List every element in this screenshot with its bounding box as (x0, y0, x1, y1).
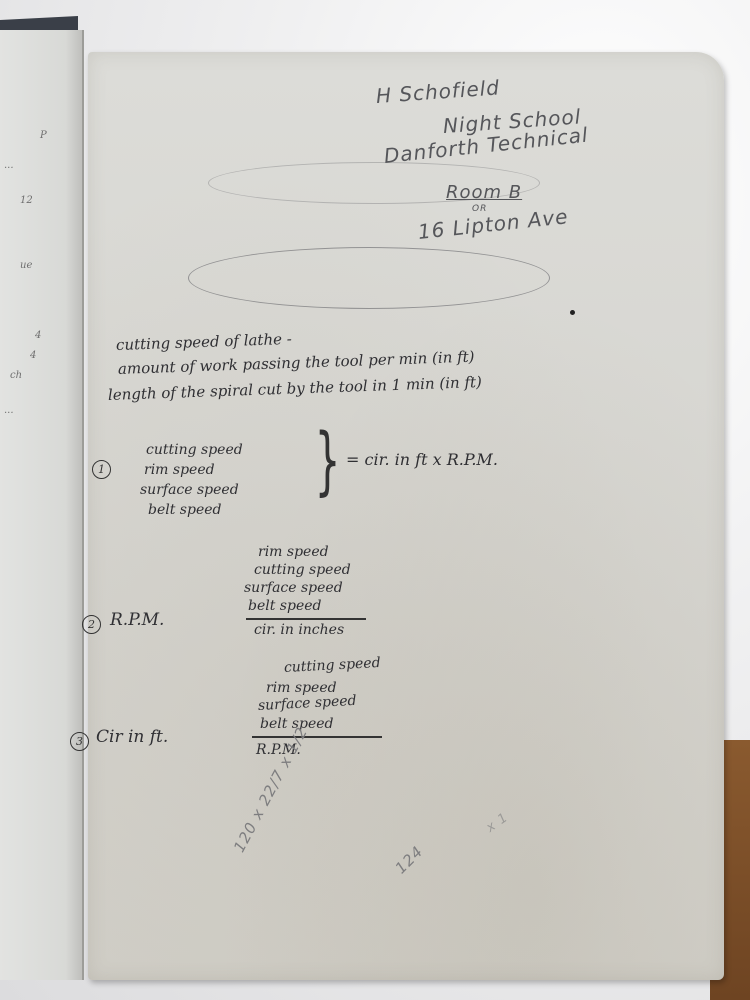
formula-1-term: cutting speed (146, 442, 243, 458)
definition-line-2: amount of work passing the tool per min … (118, 348, 475, 378)
formula-2-numerator: surface speed (244, 580, 343, 596)
formula-2-numerator: rim speed (258, 544, 329, 560)
room-label: Room B (446, 182, 522, 203)
left-fragment: 4 (30, 350, 36, 361)
left-fragment: 12 (20, 195, 33, 206)
definition-line-1: cutting speed of lathe - (116, 330, 292, 354)
left-fragment: P (40, 130, 47, 141)
pencil-calculation: x 1 (484, 810, 512, 836)
address: 16 Lipton Ave (417, 204, 570, 244)
left-fragment: ... (4, 160, 14, 171)
formula-1-term: rim speed (144, 462, 215, 478)
fraction-line (252, 736, 382, 738)
owner-name: H Schofield (375, 75, 501, 108)
formula-1-result: = cir. in ft x R.P.M. (346, 450, 498, 469)
curly-brace: } (315, 418, 341, 504)
definition-line-3: length of the spiral cut by the tool in … (108, 373, 482, 404)
formula-3-numerator: surface speed (258, 693, 357, 714)
left-fragment: ... (4, 405, 14, 416)
formula-3-lhs: Cir in ft. (96, 727, 168, 747)
formula-2-numerator: cutting speed (254, 562, 351, 578)
left-fragment: ue (20, 260, 32, 271)
formula-1-term: surface speed (140, 482, 239, 498)
formula-3-number: 3 (70, 732, 89, 751)
fraction-line (246, 618, 366, 620)
notebook-page: H Schofield Night School Danforth Techni… (88, 52, 724, 980)
formula-2-number: 2 (82, 615, 101, 634)
left-fragment: 4 (35, 330, 41, 341)
ink-dot (570, 310, 575, 315)
pencil-calculation: 124 (392, 842, 427, 877)
left-page: P ... 12 ue 4 4 ch ... (0, 30, 84, 980)
formula-2-denominator: cir. in inches (254, 622, 344, 638)
formula-2-numerator: belt speed (248, 598, 321, 614)
left-fragment: ch (10, 370, 22, 381)
formula-1-number: 1 (92, 460, 111, 479)
pencil-sketch (188, 247, 550, 309)
formula-2-lhs: R.P.M. (110, 610, 164, 630)
formula-1-term: belt speed (148, 502, 221, 518)
formula-3-numerator: cutting speed (284, 655, 381, 676)
